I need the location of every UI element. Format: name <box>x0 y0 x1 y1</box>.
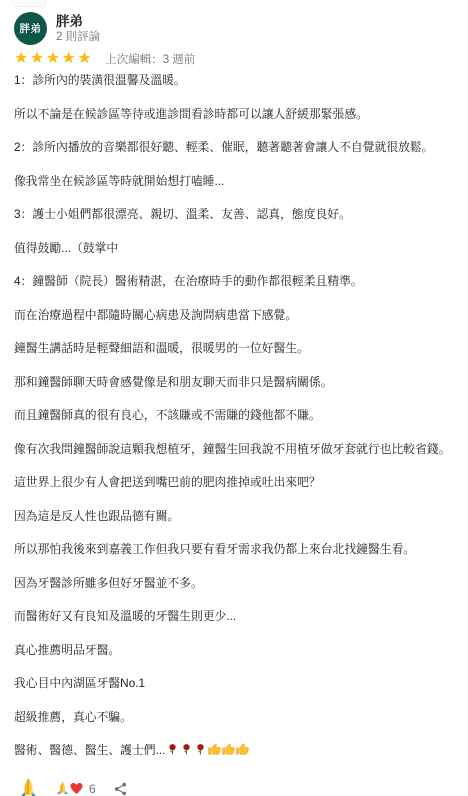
review-paragraph: 這世界上很少有人會把送到嘴巴前的肥肉推掉或吐出來吧？ <box>14 474 454 491</box>
review-text: 1：診所內的裝潢很溫馨及溫暖。 所以不論是在候診區等待或進診間看診時都可以讓人舒… <box>14 72 454 759</box>
reaction-summary[interactable]: 6 <box>55 781 96 796</box>
review-paragraph: 因為這是反人性也跟品德有關。 <box>14 508 454 525</box>
star-icon: ★ <box>30 51 46 67</box>
reviewer-review-count: 2 則評論 <box>56 30 100 45</box>
reaction-button[interactable] <box>17 777 40 796</box>
review-paragraph: 而且鐘醫師真的很有良心，不該賺或不需賺的錢他都不賺。 <box>14 407 454 424</box>
review-paragraph: 而醫術好又有良知及溫暖的牙醫生則更少... <box>14 608 454 625</box>
review-paragraph: 我心目中內湖區牙醫No.1 <box>14 675 454 692</box>
red-heart-icon <box>69 781 84 796</box>
reaction-count: 6 <box>89 782 96 796</box>
review-paragraph: 1：診所內的裝潢很溫馨及溫暖。 <box>14 72 454 89</box>
reviewer-info: 胖弟 2 則評論 <box>56 13 100 45</box>
review-paragraph: 值得鼓勵...（鼓掌中 <box>14 240 454 257</box>
review-paragraph: 4：鐘醫師（院長）醫術精湛，在治療時手的動作都很輕柔且精準。 <box>14 273 454 290</box>
closing-text: 醫術、醫德、醫生、護士們... <box>14 743 165 757</box>
star-icon: ★ <box>46 51 62 67</box>
star-icon: ★ <box>77 51 93 67</box>
rose-icon <box>166 743 179 756</box>
review-paragraph: 真心推薦明品牙醫。 <box>14 642 454 659</box>
thumbs-up-icon <box>236 743 249 756</box>
share-button[interactable] <box>113 781 128 796</box>
review-actions-row: 6 <box>14 776 454 796</box>
review-paragraph: 像我常坐在候診區等時就開始想打嗑睡... <box>14 173 454 190</box>
review-paragraph: 鐘醫生講話時是輕聲細語和溫暖，很暖男的一位好醫生。 <box>14 340 454 357</box>
edited-label: 上次編輯：3 週前 <box>105 51 195 67</box>
review-paragraph-closing: 醫術、醫德、醫生、護士們... <box>14 742 454 759</box>
review-header: 胖弟 胖弟 2 則評論 <box>14 0 454 45</box>
reviewer-name[interactable]: 胖弟 <box>56 13 100 30</box>
rating-row: ★★★★★ 上次編輯：3 週前 <box>14 50 454 67</box>
review-paragraph: 而在治療過程中都隨時關心病患及詢問病患當下感覺。 <box>14 307 454 324</box>
review-paragraph: 超級推薦，真心不騙。 <box>14 709 454 726</box>
review-card: 胖弟 胖弟 2 則評論 ★★★★★ 上次編輯：3 週前 1：診所內的裝潢很溫馨及… <box>0 0 468 796</box>
rose-icon <box>180 743 193 756</box>
review-paragraph: 因為牙醫診所雖多但好牙醫並不多。 <box>14 575 454 592</box>
avatar-text: 胖弟 <box>20 21 42 36</box>
avatar[interactable]: 胖弟 <box>14 12 47 45</box>
thumbs-up-icon <box>222 743 235 756</box>
star-icon: ★ <box>14 51 30 67</box>
star-rating: ★★★★★ <box>14 51 93 67</box>
review-paragraph: 像有次我問鐘醫師說這顆我想植牙，鐘醫生回我說不用植牙做牙套就行也比較省錢。 <box>14 441 454 458</box>
review-paragraph: 那和鐘醫師聊天時會感覺像是和朋友聊天而非只是醫病關係。 <box>14 374 454 391</box>
review-paragraph: 所以那怕我後來到嘉義工作但我只要有看牙需求我仍都上來台北找鐘醫生看。 <box>14 541 454 558</box>
share-icon <box>113 781 128 796</box>
review-paragraph: 2：診所內播放的音樂都很好聽、輕柔、催眠，聽著聽著會讓人不自覺就很放鬆。 <box>14 139 454 156</box>
review-paragraph: 所以不論是在候診區等待或進診間看診時都可以讓人舒緩那緊張感。 <box>14 106 454 123</box>
star-icon: ★ <box>62 51 78 67</box>
closing-emoji-run <box>165 743 249 757</box>
rose-icon <box>194 743 207 756</box>
thumbs-up-icon <box>208 743 221 756</box>
cropped-element-fragment <box>12 0 46 7</box>
review-paragraph: 3：護士小姐們都很漂亮、親切、溫柔、友善、認真，態度良好。 <box>14 206 454 223</box>
folded-hands-icon <box>17 777 40 796</box>
folded-hands-icon <box>55 781 70 796</box>
